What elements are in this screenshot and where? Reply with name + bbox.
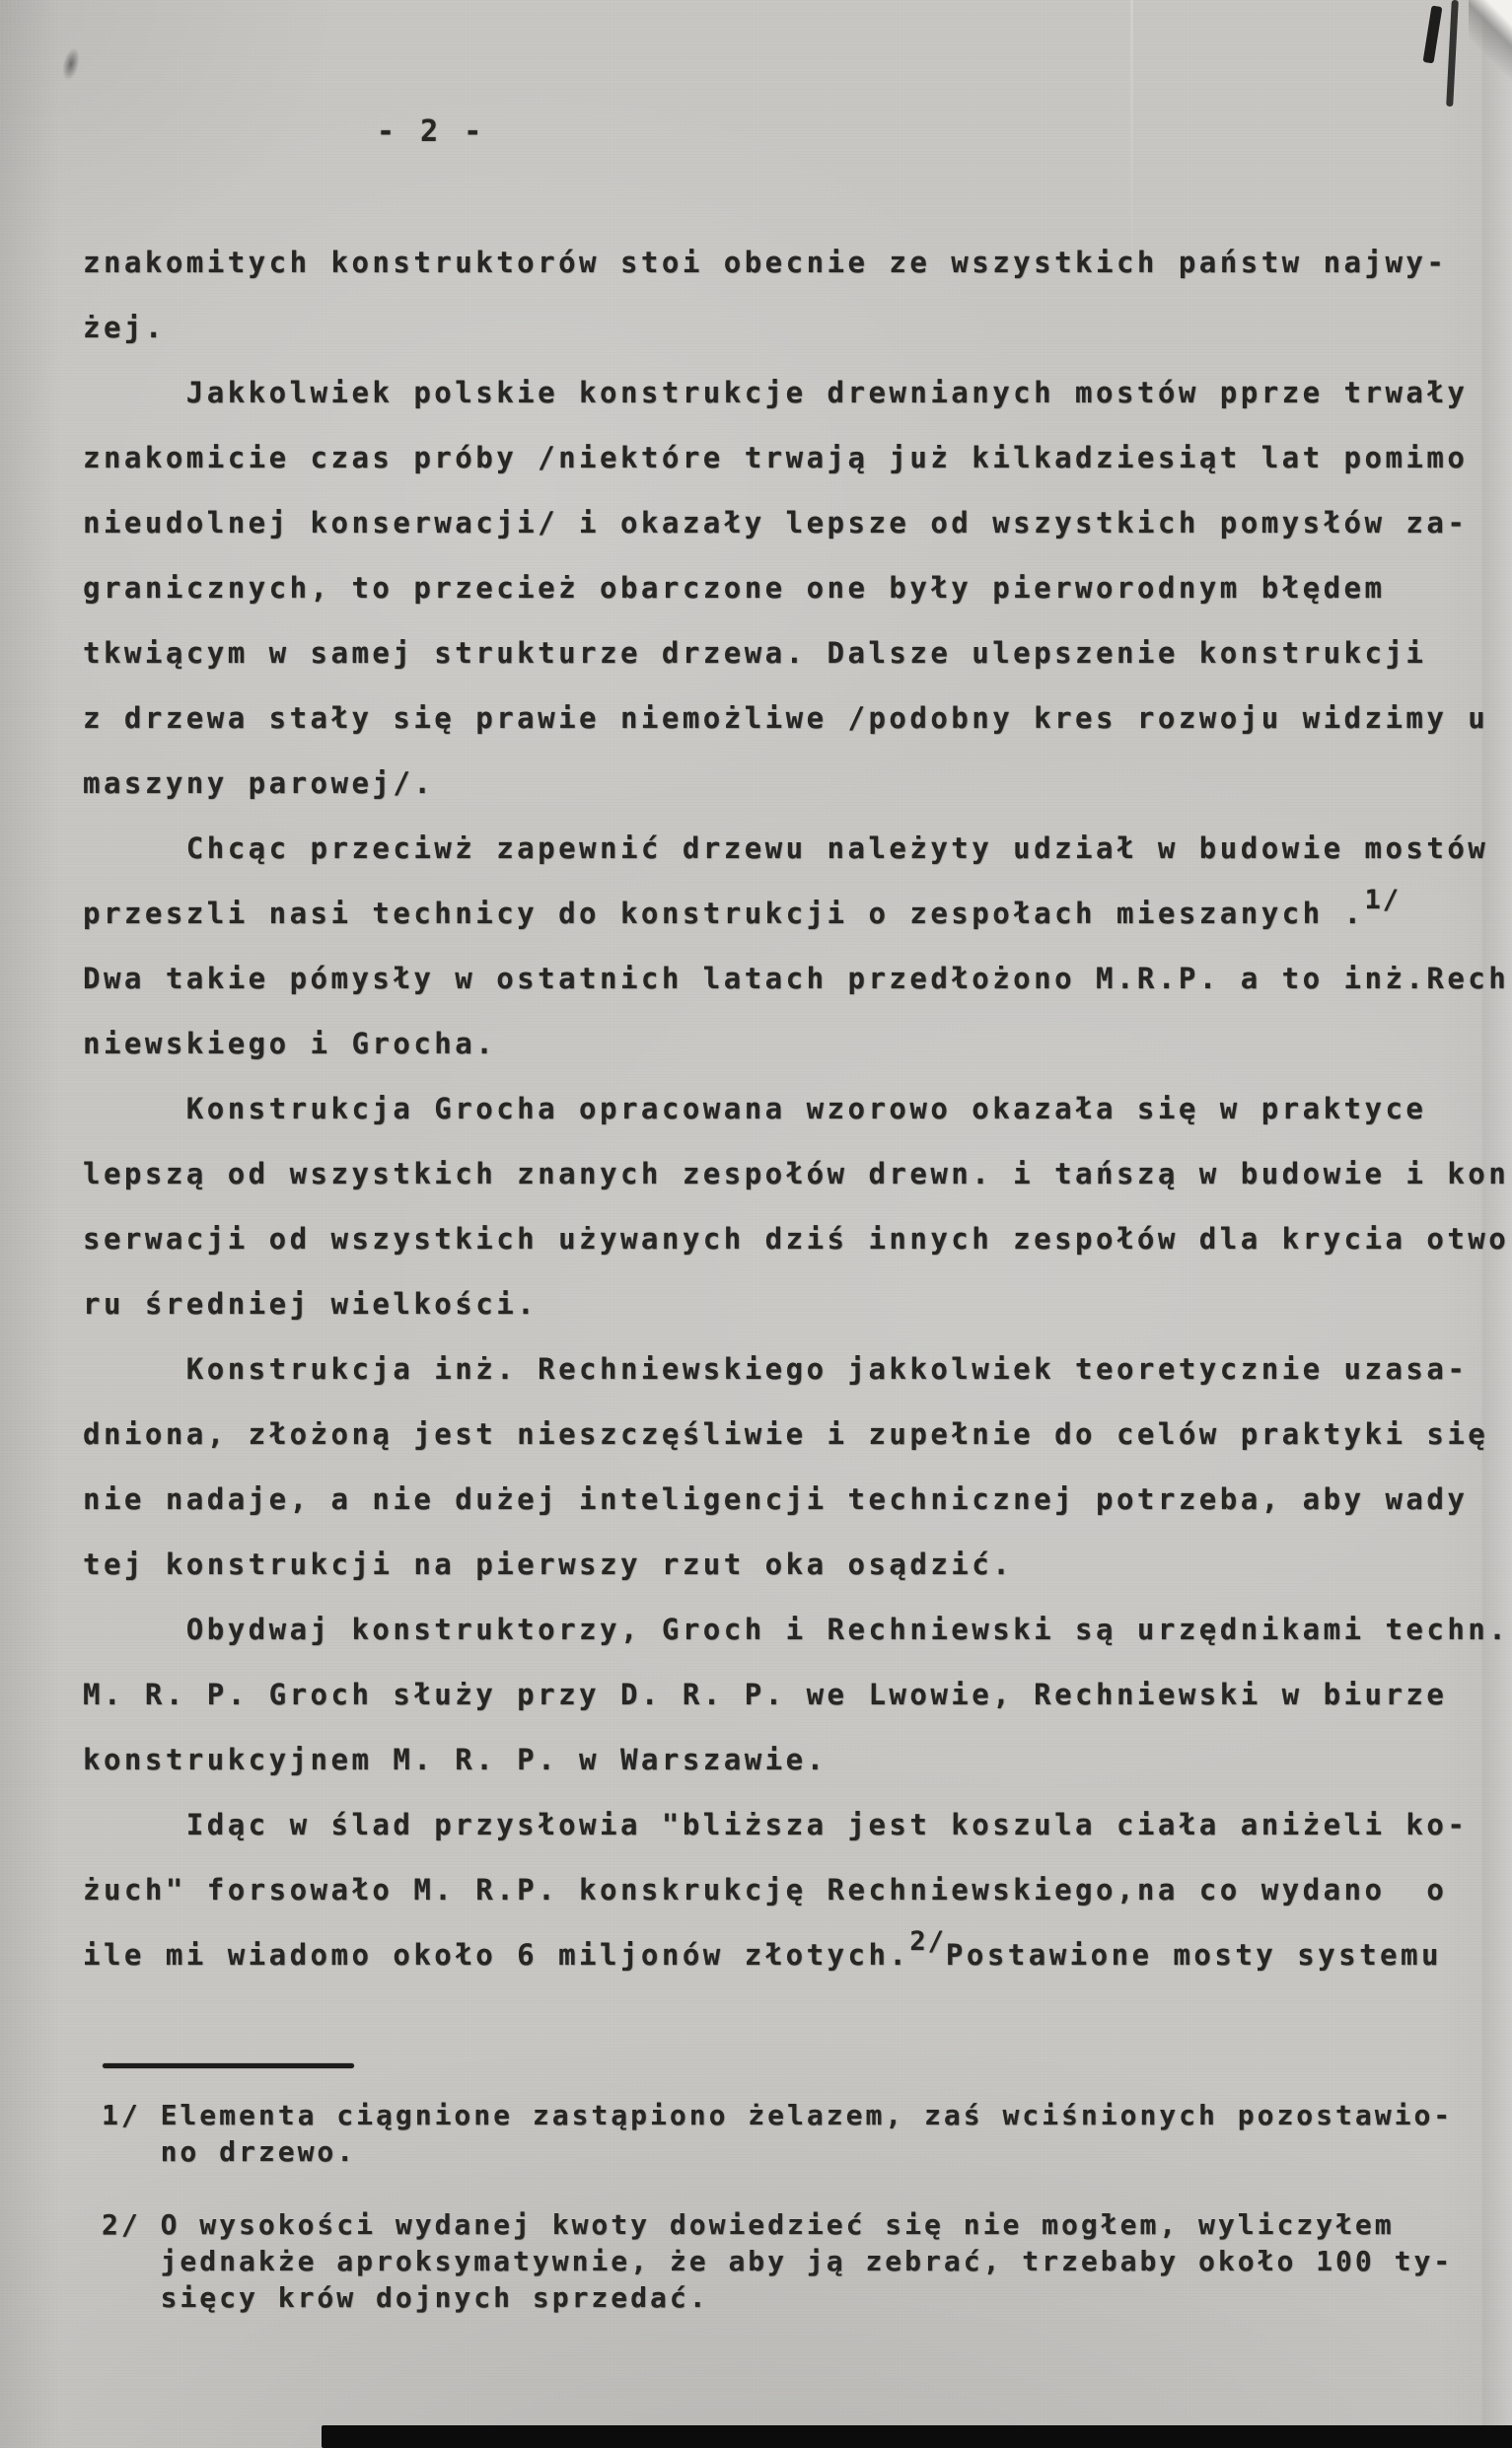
footnote-line: sięcy krów dojnych sprzedać. <box>102 2279 1512 2316</box>
text-line: ile mi wiadomo około 6 miljonów złotych.… <box>83 1922 1512 1987</box>
ink-smudge <box>59 46 83 83</box>
scan-edge-bar <box>322 2425 1512 2448</box>
text-line: Chcąc przeciwż zapewnić drzewu należyty … <box>83 816 1512 881</box>
footnote-ref-1: 1/ <box>1365 868 1402 933</box>
text-line: Dwa takie pómysły w ostatnich latach prz… <box>83 946 1512 1011</box>
text-segment: ile mi wiadomo około 6 miljonów złotych. <box>83 1938 909 1972</box>
text-line: Idąc w ślad przysłowia "bliższa jest kos… <box>83 1792 1512 1857</box>
page-number: - 2 - <box>377 114 485 149</box>
text-line: konstrukcyjnem M. R. P. w Warszawie. <box>83 1727 1512 1792</box>
text-line: Jakkolwiek polskie konstrukcje drewniany… <box>83 360 1512 425</box>
text-line: znakomitych konstruktorów stoi obecnie z… <box>83 230 1512 295</box>
text-line: żej. <box>83 295 1512 360</box>
text-line: z drzewa stały się prawie niemożliwe /po… <box>83 685 1512 751</box>
corner-ink-mark <box>1423 5 1443 63</box>
footnote-line: jednakże aproksymatywnie, że aby ją zebr… <box>102 2243 1512 2279</box>
footnote-line: 1/ Elementa ciągnione zastąpiono żelazem… <box>102 2097 1512 2133</box>
text-line: żuch" forsowało M. R.P. konskrukcję Rech… <box>83 1857 1512 1922</box>
text-line: maszyny parowej/. <box>83 751 1512 816</box>
text-segment: przeszli nasi technicy do konstrukcji o … <box>83 897 1365 930</box>
text-line: serwacji od wszystkich używanych dziś in… <box>83 1206 1512 1271</box>
text-line: tkwiącym w samej strukturze drzewa. Dals… <box>83 620 1512 685</box>
text-line: M. R. P. Groch służy przy D. R. P. we Lw… <box>83 1662 1512 1727</box>
text-line: tej konstrukcji na pierwszy rzut oka osą… <box>83 1532 1512 1597</box>
footnote-line: no drzewo. <box>102 2133 1512 2170</box>
scanned-page: - 2 - znakomitych konstruktorów stoi obe… <box>0 0 1512 2448</box>
text-segment: Postawione mosty systemu <box>946 1938 1442 1972</box>
text-line: Konstrukcja inż. Rechniewskiego jakkolwi… <box>83 1336 1512 1402</box>
text-line: niewskiego i Grocha. <box>83 1011 1512 1076</box>
text-line: Obydwaj konstruktorzy, Groch i Rechniews… <box>83 1597 1512 1662</box>
text-line: nie nadaje, a nie dużej inteligencji tec… <box>83 1467 1512 1532</box>
text-line: lepszą od wszystkich znanych zespołów dr… <box>83 1141 1512 1206</box>
text-line: granicznych, to przecież obarczone one b… <box>83 555 1512 620</box>
footnotes: 1/ Elementa ciągnione zastąpiono żelazem… <box>102 2097 1512 2316</box>
footnote-ref-2: 2/ <box>909 1909 946 1975</box>
footnote-separator <box>103 2063 354 2068</box>
footnote-line: 2/ O wysokości wydanej kwoty dowiedzieć … <box>102 2206 1512 2243</box>
corner-ink-mark <box>1446 0 1459 107</box>
text-line: Konstrukcja Grocha opracowana wzorowo ok… <box>83 1076 1512 1141</box>
text-line: nieudolnej konserwacji/ i okazały lepsze… <box>83 490 1512 555</box>
text-line: ru średniej wielkości. <box>83 1271 1512 1336</box>
text-line: dniona, złożoną jest nieszczęśliwie i zu… <box>83 1402 1512 1467</box>
footnote-spacer <box>102 2170 1512 2206</box>
page-corner-fold <box>1469 0 1512 95</box>
body-text: znakomitych konstruktorów stoi obecnie z… <box>83 230 1512 1987</box>
text-line: przeszli nasi technicy do konstrukcji o … <box>83 881 1512 946</box>
text-line: znakomicie czas próby /niektóre trwają j… <box>83 425 1512 490</box>
